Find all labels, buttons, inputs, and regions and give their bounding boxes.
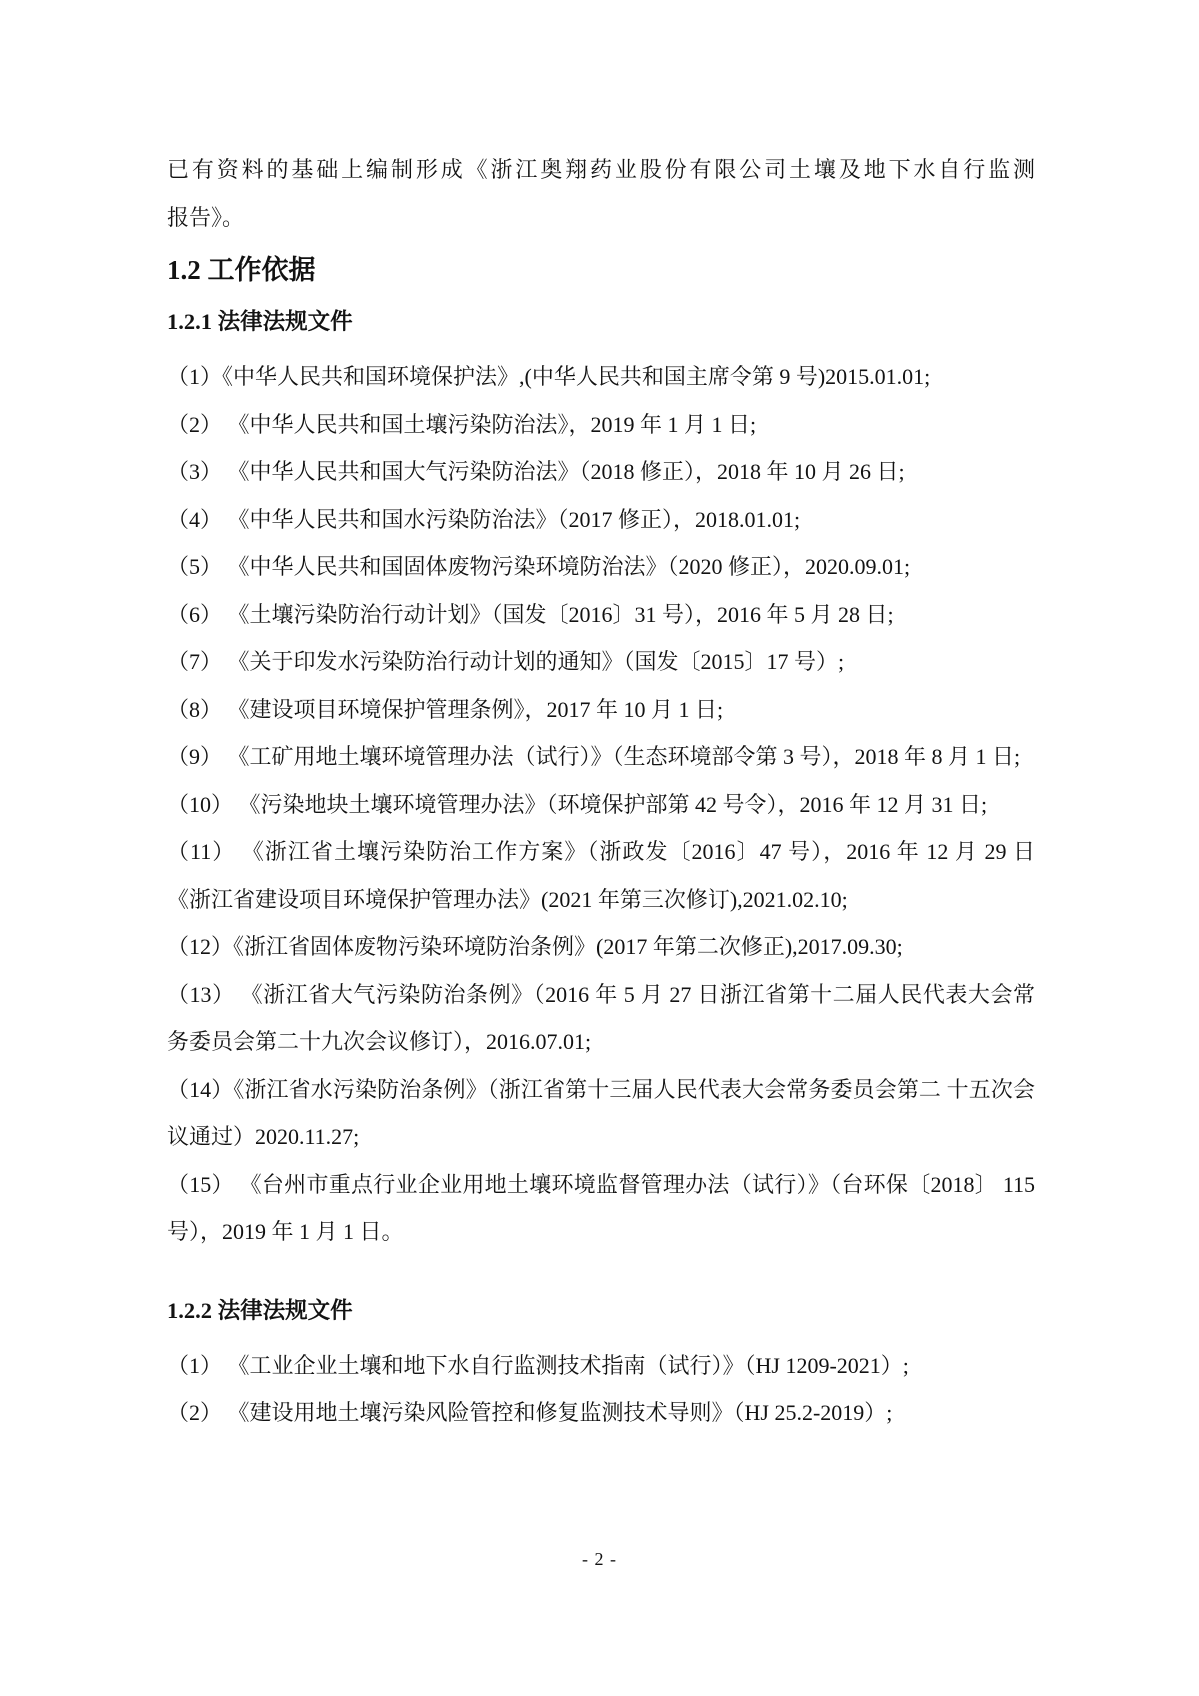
technical-item-2: （2） 《建设用地土壤污染风险管控和修复监测技术导则》（HJ 25.2-2019… <box>167 1389 1035 1437</box>
law-item-5: （5） 《中华人民共和国固体废物污染环境防治法》（2020 修正），2020.0… <box>167 543 1035 591</box>
law-item-8: （8） 《建设项目环境保护管理条例》，2017 年 10 月 1 日; <box>167 686 1035 734</box>
law-item-13: （13） 《浙江省大气污染防治条例》（2016 年 5 月 27 日浙江省第十二… <box>167 971 1035 1066</box>
law-item-1: （1）《中华人民共和国环境保护法》,(中华人民共和国主席令第 9 号)2015.… <box>167 353 1035 401</box>
law-item-12: （12）《浙江省固体废物污染环境防治条例》(2017 年第二次修正),2017.… <box>167 923 1035 971</box>
law-item-10: （10） 《污染地块土壤环境管理办法》（环境保护部第 42 号令），2016 年… <box>167 781 1035 829</box>
law-list-1-2-1: （1）《中华人民共和国环境保护法》,(中华人民共和国主席令第 9 号)2015.… <box>167 353 1035 1256</box>
law-list-1-2-2: （1） 《工业企业土壤和地下水自行监测技术指南（试行）》（HJ 1209-202… <box>167 1342 1035 1437</box>
law-item-11: （11） 《浙江省土壤污染防治工作方案》（浙政发〔2016〕47 号），2016… <box>167 828 1035 923</box>
section-heading-1-2: 1.2 工作依据 <box>167 243 1035 297</box>
law-item-7: （7） 《关于印发水污染防治行动计划的通知》（国发〔2015〕17 号）; <box>167 638 1035 686</box>
intro-paragraph-line-1: 已有资料的基础上编制形成《浙江奥翔药业股份有限公司土壤及地下水自行监测 <box>167 146 1035 194</box>
technical-item-1: （1） 《工业企业土壤和地下水自行监测技术指南（试行）》（HJ 1209-202… <box>167 1342 1035 1390</box>
law-item-14: （14）《浙江省水污染防治条例》（浙江省第十三届人民代表大会常务委员会第二 十五… <box>167 1066 1035 1161</box>
intro-paragraph-line-2: 报告》。 <box>167 194 1035 242</box>
law-item-3: （3） 《中华人民共和国大气污染防治法》（2018 修正），2018 年 10 … <box>167 448 1035 496</box>
law-item-4: （4） 《中华人民共和国水污染防治法》（2017 修正），2018.01.01; <box>167 496 1035 544</box>
subsection-heading-1-2-2: 1.2.2 法律法规文件 <box>167 1286 1035 1336</box>
page-number: - 2 - <box>0 1549 1199 1570</box>
page-content: 已有资料的基础上编制形成《浙江奥翔药业股份有限公司土壤及地下水自行监测 报告》。… <box>167 146 1035 1437</box>
document-page: 已有资料的基础上编制形成《浙江奥翔药业股份有限公司土壤及地下水自行监测 报告》。… <box>0 0 1199 1696</box>
subsection-heading-1-2-1: 1.2.1 法律法规文件 <box>167 297 1035 347</box>
law-item-2: （2） 《中华人民共和国土壤污染防治法》，2019 年 1 月 1 日; <box>167 401 1035 449</box>
law-item-9: （9） 《工矿用地土壤环境管理办法（试行）》（生态环境部令第 3 号），2018… <box>167 733 1035 781</box>
law-item-6: （6） 《土壤污染防治行动计划》（国发〔2016〕31 号），2016 年 5 … <box>167 591 1035 639</box>
law-item-15: （15） 《台州市重点行业企业用地土壤环境监督管理办法（试行）》（台环保〔201… <box>167 1161 1035 1256</box>
